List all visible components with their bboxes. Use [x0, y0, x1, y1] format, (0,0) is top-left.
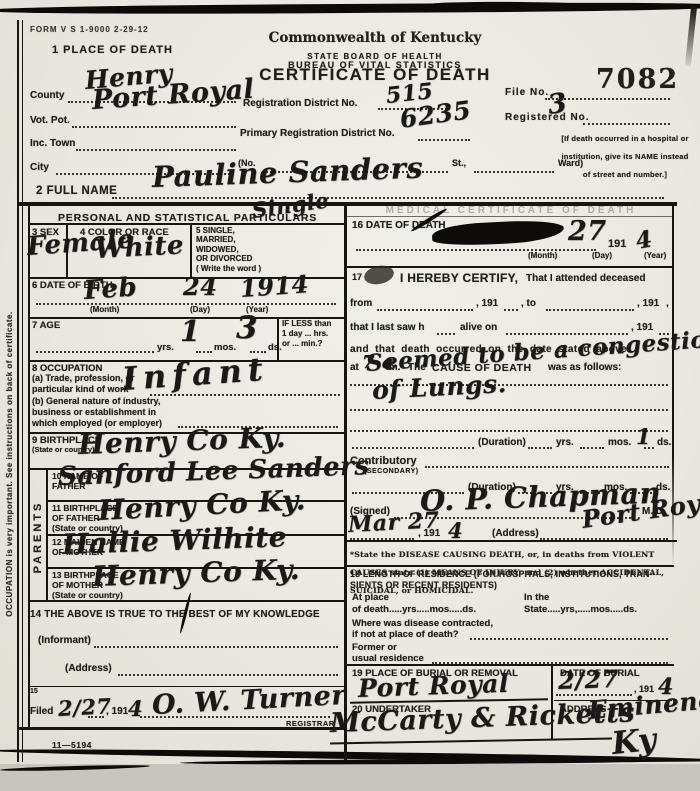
race-value: White [94, 230, 184, 265]
age-ifless-divider [277, 317, 279, 360]
cause-rest-label: was as follows: [548, 362, 621, 373]
certify-rest-text: That I attended deceased [526, 273, 645, 284]
death-certificate-scan: OCCUPATION is very important. See instru… [0, 0, 700, 791]
occupation-b-label: (b) General nature of industry, business… [32, 396, 162, 428]
residence-label: 18 LENGTH OF RESIDENCE (FOR HOSPITALS, I… [350, 569, 653, 591]
informant-address-leader [118, 674, 338, 676]
cause-duration-ds-value: 1 [636, 424, 651, 449]
file-no-label: File No. [505, 87, 549, 98]
city-ward-label: Ward) [558, 158, 583, 168]
duration-ds-label: ds. [657, 437, 671, 448]
of-death-label: of death.....yrs.....mos.....ds. [352, 604, 476, 615]
at-place-label: At place [352, 592, 389, 603]
signed-address-label: (Address) [492, 528, 539, 539]
duration-leader-3 [644, 447, 654, 449]
city-st-label: St., [452, 158, 466, 168]
dob-day-value: 24 [183, 272, 217, 301]
parents-vertical-label: PARENTS [28, 472, 46, 602]
full-name-label: 2 FULL NAME [36, 185, 117, 197]
commonwealth-heading: Commonwealth of Kentucky [240, 29, 510, 47]
date-of-death-leader [356, 249, 596, 251]
certificate-title: CERTIFICATE OF DEATH [230, 65, 520, 85]
contracted-leader [470, 638, 668, 640]
dod-day-sublabel: (Day) [592, 251, 612, 260]
filed-label: Filed [30, 706, 53, 717]
dob-day-sublabel: (Day) [190, 305, 210, 314]
footer-form-code: 11—5194 [52, 740, 92, 750]
age-ds-value: 3 [236, 310, 258, 346]
duration-leader-0 [352, 447, 474, 449]
rule-under-medical-title [347, 216, 674, 217]
inc-town-leader [76, 149, 236, 151]
last-saw-leader-1 [437, 333, 455, 335]
secondary-label: (SECONDARY) [364, 468, 419, 475]
filed-row-number: 15 [30, 688, 38, 695]
registered-no-value: 3 [546, 87, 569, 120]
sex-race-divider [66, 223, 68, 277]
in-the-label: In the [524, 592, 549, 603]
rule-footnote-bottom [347, 565, 674, 567]
margin-note: OCCUPATION is very important. See instru… [0, 224, 17, 704]
left-margin-rule-inner [22, 20, 23, 762]
race-marital-divider [190, 223, 192, 277]
signed-191-label: , 191 [418, 528, 440, 539]
from-trailing-comma: , [666, 298, 669, 309]
marital-label: 5 SINGLE, MARRIED, WIDOWED, OR DIVORCED … [196, 226, 261, 273]
occupation-a-leader [150, 394, 340, 396]
age-ds-label: ds. [268, 342, 282, 353]
contracted-label-2: if not at place of death? [352, 629, 459, 640]
to-label: , to [521, 298, 536, 309]
primary-district-label: Primary Registration District No. [240, 128, 394, 139]
occupation-a-label: (a) Trade, profession, or particular kin… [32, 373, 135, 395]
contributory-label: Contributory [350, 455, 417, 467]
vot-pot-label: Vot. Pot. [30, 115, 70, 126]
left-margin-rule-outer [17, 20, 19, 762]
rule-signed-bottom [347, 540, 677, 542]
vot-pot-leader [72, 126, 236, 128]
from-leader-1 [377, 309, 473, 311]
age-label: 7 AGE [32, 320, 60, 331]
city-st-leader [474, 171, 554, 173]
from-191-a: , 191 [476, 298, 498, 309]
former-label: Former or [352, 642, 397, 653]
contracted-label: Where was disease contracted, [352, 618, 493, 629]
informant-label: (Informant) [38, 635, 91, 646]
county-label: County [30, 90, 64, 101]
registered-no-leader [583, 123, 670, 125]
duration-leader-2 [580, 447, 604, 449]
contributory-leader [425, 466, 669, 468]
burial-place-value: Port Royal [357, 669, 509, 703]
duration-leader-1 [528, 447, 552, 449]
filed-leader-1 [88, 716, 104, 718]
duration-label: (Duration) [478, 437, 526, 448]
state-residence-label: State.....yrs,.....mos.....ds. [524, 604, 637, 615]
rule-dod-bottom [347, 266, 674, 268]
margin-note-text: OCCUPATION is very important. See instru… [5, 311, 14, 616]
dob-month-value: Feb [83, 272, 138, 306]
file-no-value: 7082 [596, 64, 679, 95]
from-leader-3 [546, 309, 634, 311]
age-leader-1 [36, 351, 154, 353]
duration-mos-label: mos. [608, 437, 631, 448]
undertaker-address-value-2: Ky [610, 721, 658, 761]
dob-month-sublabel: (Month) [90, 305, 119, 314]
dob-leader [36, 303, 336, 305]
hospital-note: [If death occurred in a hospital or inst… [560, 128, 690, 182]
cause-leader-3 [350, 430, 668, 432]
alive-on-label: alive on [460, 322, 497, 333]
age-mos-value: 1 [180, 314, 201, 348]
registered-no-label: Registered No. [505, 112, 590, 123]
certify-bold-text: I HEREBY CERTIFY, [400, 271, 518, 285]
date-of-death-label: 16 DATE OF DEATH [352, 220, 446, 231]
from-191-b: , 191 [637, 298, 659, 309]
cause-leader-2 [350, 409, 668, 411]
last-saw-label: that I last saw h [350, 322, 424, 333]
attestation-label: 14 THE ABOVE IS TRUE TO THE BEST OF MY K… [30, 609, 320, 620]
from-leader-2 [504, 309, 518, 311]
from-label: from [350, 298, 372, 309]
duration-yrs-label: yrs. [556, 437, 574, 448]
age-yrs-label: yrs. [157, 342, 174, 353]
at-label: at [350, 362, 359, 373]
certify-row-number: 17 [352, 272, 362, 282]
burial-date-value: 2/27 [557, 664, 619, 695]
dob-year-value: 1914 [239, 269, 310, 303]
reg-district-label: Registration District No. [243, 98, 357, 109]
usual-residence-label: usual residence [352, 653, 424, 664]
primary-district-leader [418, 139, 470, 141]
informant-address-label: (Address) [65, 663, 112, 674]
rule-left-column-bottom [17, 727, 347, 730]
full-name-leader [112, 197, 664, 199]
dod-month-sublabel: (Month) [528, 251, 557, 260]
if-less-label: IF LESS than 1 day ... hrs. or ... min.? [282, 319, 331, 349]
inc-town-label: Inc. Town [30, 138, 75, 149]
place-of-death-section-label: 1 PLACE OF DEATH [52, 44, 173, 56]
rule-residence-bottom [347, 664, 674, 666]
date-of-death-day-value: 27 [568, 216, 607, 247]
dod-year-sublabel: (Year) [644, 251, 666, 260]
form-code: FORM V S 1-9000 2-29-12 [30, 25, 149, 34]
city-label: City [30, 162, 49, 173]
rule-under-personal-title [28, 223, 346, 225]
age-leader-2 [196, 351, 212, 353]
filed-191-label: , 191 [106, 706, 128, 717]
informant-leader [94, 646, 338, 648]
date-of-death-191: 191 [608, 238, 626, 250]
